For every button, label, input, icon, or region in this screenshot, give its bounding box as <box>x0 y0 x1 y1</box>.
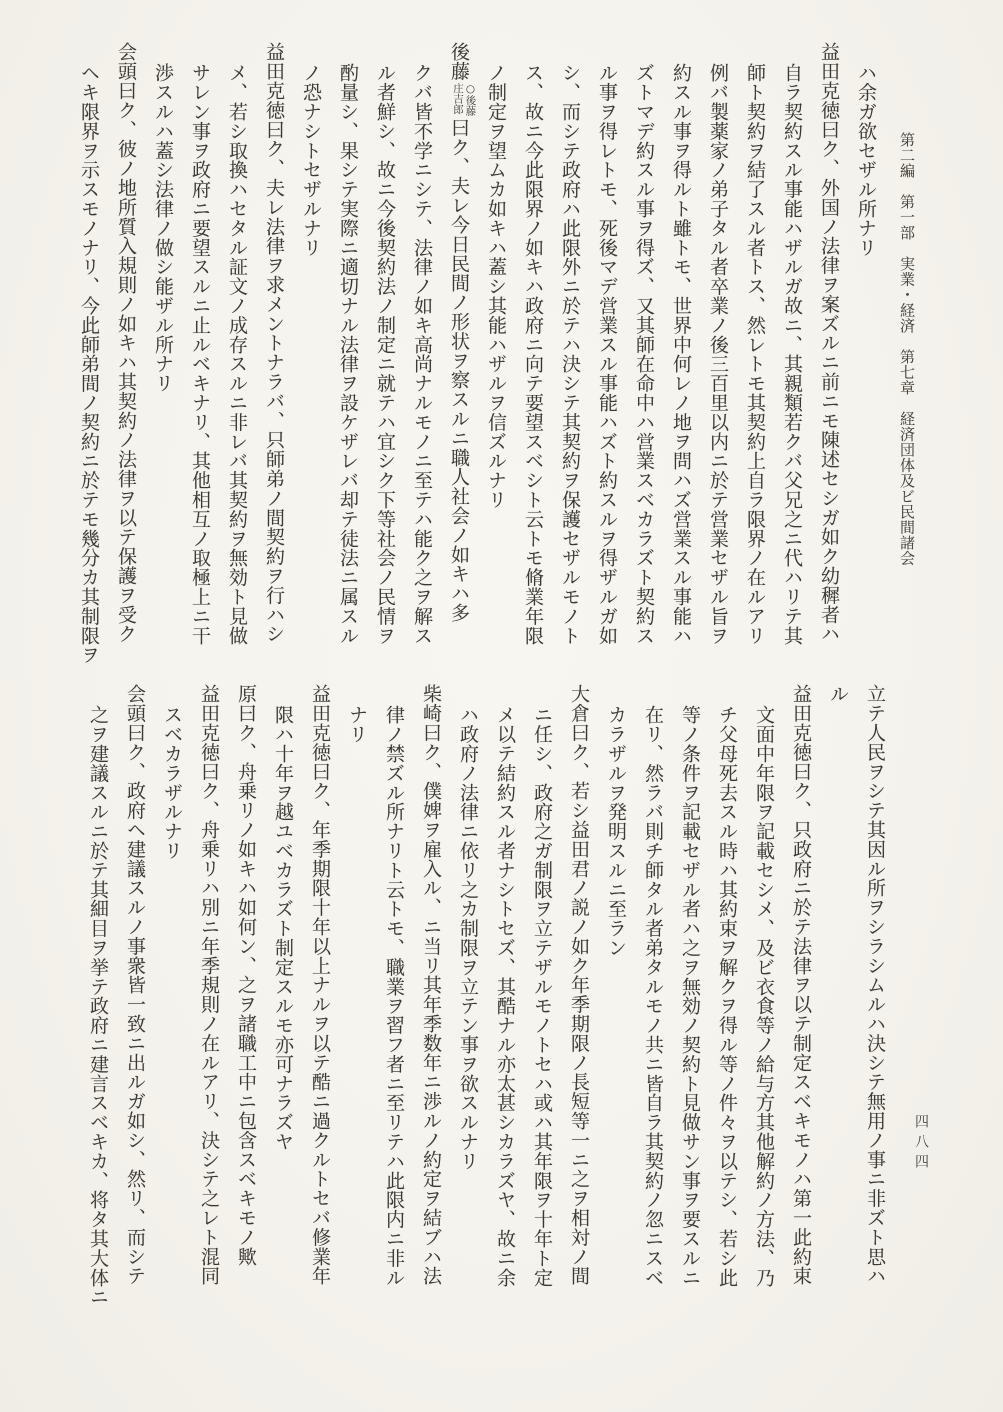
text-column: メ、若シ取換ハセタル証文ノ成存スルニ非レバ其契約ヲ無効ト見做 <box>218 42 255 667</box>
text-column: 在リ、然ラバ則チ師タル者弟タルモノ共ニ皆自ラ其契約ノ忽ニスベ <box>634 684 671 1309</box>
text-column: メ以テ結約スル者ナシトセズ、其酷ナル亦太甚シカラズヤ、故ニ余 <box>486 684 523 1309</box>
text-column: 渉スルハ蓋シ法律ノ做シ能ザル所ナリ <box>144 42 181 667</box>
text-column: 酌量シ、果シテ実際ニ適切ナル法律ヲ設ケザレバ却テ徒法ニ属スル <box>329 42 366 667</box>
text-column: 益田克徳曰ク、只政府ニ於テ法律ヲ以テ制定スベキモノハ第一此約束 <box>782 684 819 1309</box>
text-column: 益田克徳曰ク、舟乗リハ別ニ年季規則ノ在ルアリ、決シテ之レト混同 <box>190 684 227 1309</box>
text-column: ナリ <box>338 684 375 1309</box>
text-column: ハ政府ノ法律ニ依リ之カ制限ヲ立テン事ヲ欲スルナリ <box>449 684 486 1309</box>
scanned-page: 第二編 第一部 実業・経済 第七章 経済団体及ビ民間諸会 ハ余ガ欲セザル所ナリ益… <box>0 0 1003 1412</box>
text-block-top: ハ余ガ欲セザル所ナリ益田克徳曰ク、外国ノ法律ヲ案ズルニ前ニモ陳述セシガ如ク幼穉者… <box>70 42 884 667</box>
text-column: 師ト契約ヲ結了スル者トス、然レトモ其契約上自ラ限界ノ在ルアリ <box>736 42 773 667</box>
text-column: 立テ人民ヲシテ其因ル所ヲシラシムルハ決シテ無用ノ事ニ非ズト思ハ <box>856 684 893 1309</box>
text-column: 自ラ契約スル事能ハザルガ故ニ、其親類若クバ父兄之ニ代ハリテ其 <box>773 42 810 667</box>
text-column: 律ノ禁ズル所ナリト云トモ、職業ヲ習フ者ニ至リテハ此限内ニ非ル <box>375 684 412 1309</box>
text-column: 会頭曰ク、政府ヘ建議スルノ事衆皆一致ニ出ルガ如シ、然リ、而シテ <box>116 684 153 1309</box>
text-column: 等ノ条件ヲ記載セザル者ハ之ヲ無効ノ契約ト見做サン事ヲ要スルニ <box>671 684 708 1309</box>
speaker-name: 後藤 <box>448 42 470 81</box>
text-column: ル者鮮シ、故ニ今後契約法ノ制定ニ就テハ宜シク下等社会ノ民情ヲ <box>366 42 403 667</box>
text-column: 会頭曰ク、彼ノ地所質入規則ノ如キハ其契約ノ法律ヲ以テ保護ヲ受ク <box>107 42 144 667</box>
text-column: 大倉曰ク、若シ益田君ノ説ノ如ク年季期限ノ長短等一ニ之ヲ相対ノ間 <box>560 684 597 1309</box>
text-column: 之ヲ建議スルニ於テ其細目ヲ挙テ政府ニ建言スベキカ、将タ其大体ニ <box>79 684 116 1309</box>
text-column: クバ皆不学ニシテ、法律ノ如キ高尚ナルモノニ至テハ能ク之ヲ解ス <box>403 42 440 667</box>
text-column: カラザルヲ発明スルニ至ラン <box>597 684 634 1309</box>
text-column: 文面中年限ヲ記載セシメ、及ビ衣食等ノ給与方其他解約ノ方法、乃 <box>745 684 782 1309</box>
text-column: ニ任シ、政府之ガ制限ヲ立テザルモノトセハ或ハ其年限ヲ十年ト定 <box>523 684 560 1309</box>
text-column: 約スル事ヲ得ルト雖トモ、世界中何レノ地ヲ問ハズ営業スル事能ハ <box>662 42 699 667</box>
text-column: ノ恐ナシトセザルナリ <box>292 42 329 667</box>
text-column: ル <box>819 684 856 1309</box>
page-number: 四八四 <box>911 1114 931 1174</box>
text-column: ズトマデ約スル事ヲ得ズ、又其師在命中ハ営業スベカラズト契約ス <box>625 42 662 667</box>
speech-text: 曰ク、夫レ今日民間ノ形状ヲ察スルニ職人社会ノ如キハ多 <box>448 118 470 622</box>
text-column: ス、故ニ今此限界ノ如キハ政府ニ向テ要望スベシト云トモ脩業年限 <box>514 42 551 667</box>
text-column: 益田克徳曰ク、年季期限十年以上ナルヲ以テ酷ニ過クルトセバ修業年 <box>301 684 338 1309</box>
text-column: ノ制定ヲ望ムカ如キハ蓋シ其能ハザルヲ信ズルナリ <box>477 42 514 667</box>
text-column: 益田克徳曰ク、外国ノ法律ヲ案ズルニ前ニモ陳述セシガ如ク幼穉者ハ <box>810 42 847 667</box>
speaker-note: ○後藤庄吉郎 <box>452 83 477 116</box>
text-column: ヘキ限界ヲ示スモノナリ、今此師弟間ノ契約ニ於テモ幾分カ其制限ヲ <box>70 42 107 667</box>
text-column: 原曰ク、舟乗リノ如キハ如何ン、之ヲ諸職工中ニ包含スベキモノ歟 <box>227 684 264 1309</box>
text-column: 後藤○後藤庄吉郎曰ク、夫レ今日民間ノ形状ヲ察スルニ職人社会ノ如キハ多 <box>440 42 477 667</box>
text-column: サレン事ヲ政府ニ要望スルニ止ルベキナリ、其他相互ノ取極上ニ干 <box>181 42 218 667</box>
text-column: 益田克徳曰ク、夫レ法律ヲ求メントナラバ、只師弟ノ間契約ヲ行ハシ <box>255 42 292 667</box>
text-column: 柴崎曰ク、僕婢ヲ雇入ル、ニ当リ其年季数年ニ渉ルノ約定ヲ結ブハ法 <box>412 684 449 1309</box>
text-column: ル事ヲ得レトモ、死後マデ営業スル事能ハズト約スルヲ得ザルガ如 <box>588 42 625 667</box>
text-column: チ父母死去スル時ハ其約束ヲ解クヲ得ル等ノ件々ヲ以テシ、若シ此 <box>708 684 745 1309</box>
running-title: 第二編 第一部 実業・経済 第七章 経済団体及ビ民間諸会 <box>897 132 918 566</box>
text-column: 限ハ十年ヲ越ユベカラズト制定スルモ亦可ナラズヤ <box>264 684 301 1309</box>
text-column: スベカラザルナリ <box>153 684 190 1309</box>
text-column: シ、而シテ政府ハ此限外ニ於テハ決シテ其契約ヲ保護セザルモノト <box>551 42 588 667</box>
text-block-bottom: 立テ人民ヲシテ其因ル所ヲシラシムルハ決シテ無用ノ事ニ非ズト思ハル益田克徳曰ク、只… <box>79 684 893 1309</box>
text-column: 例バ製薬家ノ弟子タル者卒業ノ後三百里以内ニ於テ営業セザル旨ヲ <box>699 42 736 667</box>
text-column: ハ余ガ欲セザル所ナリ <box>847 42 884 667</box>
